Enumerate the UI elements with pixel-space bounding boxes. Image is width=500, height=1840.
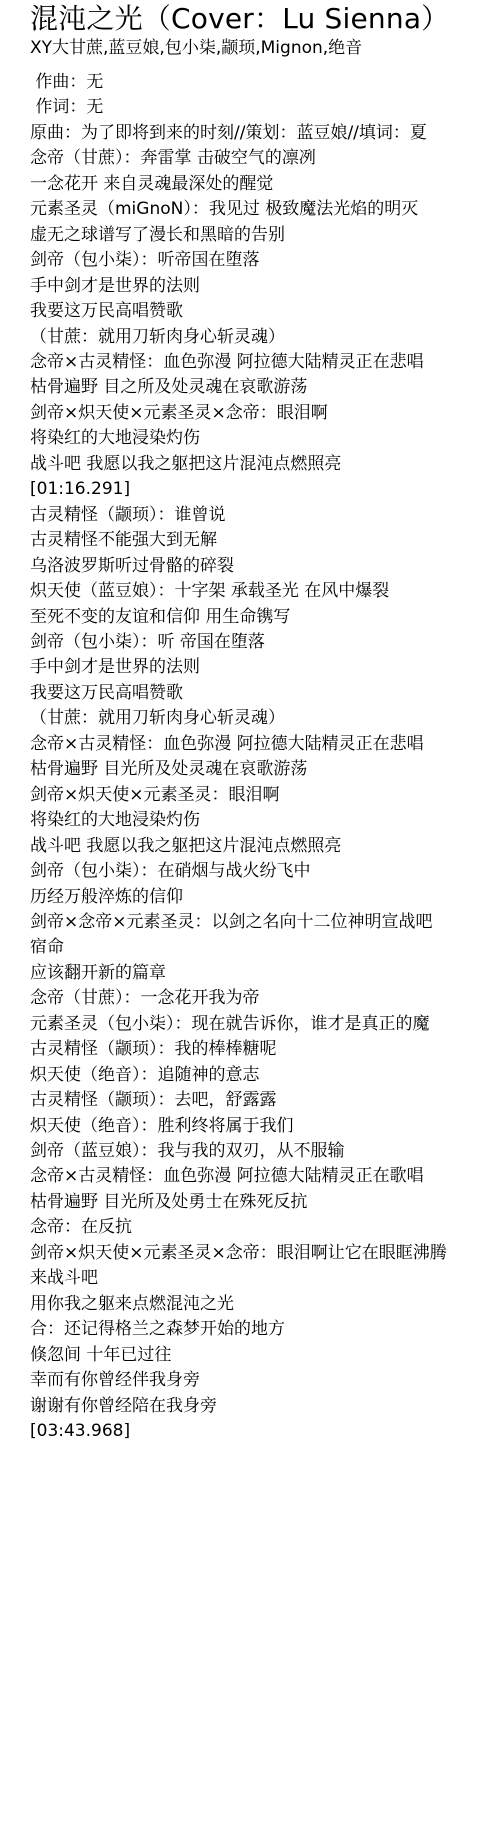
lyric-line: 幸而有你曾经伴我身旁 [30, 1368, 500, 1393]
lyric-line: 剑帝（包小柒）：听 帝国在堕落 [30, 630, 500, 655]
lyrics-page: 混沌之光（Cover：Lu Sienna） XY大甘蔗,蓝豆娘,包小柒,颛顼,M… [30, 0, 500, 1444]
lyric-line: 念帝（甘蔗）：一念花开我为帝 [30, 986, 500, 1011]
lyric-line: 虚无之球谱写了漫长和黑暗的告别 [30, 223, 500, 248]
lyric-line: 合：还记得格兰之森梦开始的地方 [30, 1317, 500, 1342]
lyric-line: 乌洛波罗斯听过骨骼的碎裂 [30, 554, 500, 579]
lyric-line: 炽天使（绝音）：胜利终将属于我们 [30, 1114, 500, 1139]
lyric-line: 剑帝×炽天使×元素圣灵×念帝：眼泪啊 [30, 401, 500, 426]
lyric-line: 元素圣灵（包小柒）：现在就告诉你，谁才是真正的魔 [30, 1012, 500, 1037]
lyric-line: 念帝×古灵精怪：血色弥漫 阿拉德大陆精灵正在悲唱 [30, 350, 500, 375]
lyric-timestamp: [01:16.291] [30, 477, 500, 502]
lyric-line: 战斗吧 我愿以我之躯把这片混沌点燃照亮 [30, 452, 500, 477]
lyric-line: 剑帝（蓝豆娘）：我与我的双刃，从不服输 [30, 1139, 500, 1164]
lyric-line: 战斗吧 我愿以我之躯把这片混沌点燃照亮 [30, 834, 500, 859]
lyric-line: 枯骨遍野 目光所及处勇士在殊死反抗 [30, 1190, 500, 1215]
lyric-line: 我要这万民高唱赞歌 [30, 299, 500, 324]
lyric-line: 剑帝（包小柒）：听帝国在堕落 [30, 248, 500, 273]
lyric-line: 剑帝×炽天使×元素圣灵×念帝：眼泪啊让它在眼眶沸腾 [30, 1241, 500, 1266]
lyric-line: 念帝×古灵精怪：血色弥漫 阿拉德大陆精灵正在悲唱 [30, 732, 500, 757]
lyric-line: 手中剑才是世界的法则 [30, 274, 500, 299]
lyric-line: 倏忽间 十年已过往 [30, 1343, 500, 1368]
lyric-line: 一念花开 来自灵魂最深处的醒觉 [30, 172, 500, 197]
lyrics-list: 作曲：无 作词：无原曲：为了即将到来的时刻//策划：蓝豆娘//填词：夏念帝（甘蔗… [30, 70, 500, 1444]
lyric-line: 将染红的大地浸染灼伤 [30, 808, 500, 833]
lyric-line: 用你我之躯来点燃混沌之光 [30, 1292, 500, 1317]
lyric-line: 古灵精怪（颛顼）：去吧，舒露露 [30, 1088, 500, 1113]
lyric-line: 作曲：无 [30, 70, 500, 95]
lyric-line: 手中剑才是世界的法则 [30, 655, 500, 680]
lyric-line: 来战斗吧 [30, 1266, 500, 1291]
lyric-line: 古灵精怪（颛顼）：我的棒棒糖呢 [30, 1037, 500, 1062]
lyric-line: 古灵精怪（颛顼）：谁曾说 [30, 503, 500, 528]
lyric-line: 剑帝×炽天使×元素圣灵：眼泪啊 [30, 783, 500, 808]
lyric-line: （甘蔗：就用刀斩肉身心斩灵魂） [30, 706, 500, 731]
lyric-line: 至死不变的友谊和信仰 用生命镌写 [30, 605, 500, 630]
lyric-line: 剑帝×念帝×元素圣灵：以剑之名向十二位神明宣战吧 [30, 910, 500, 935]
song-artists: XY大甘蔗,蓝豆娘,包小柒,颛顼,Mignon,绝音 [30, 37, 500, 59]
lyric-line: 谢谢有你曾经陪在我身旁 [30, 1394, 500, 1419]
lyric-line: 我要这万民高唱赞歌 [30, 681, 500, 706]
lyric-line: 将染红的大地浸染灼伤 [30, 426, 500, 451]
lyric-line: 剑帝（包小柒）：在硝烟与战火纷飞中 [30, 859, 500, 884]
lyric-line: 枯骨遍野 目之所及处灵魂在哀歌游荡 [30, 375, 500, 400]
lyric-line: 古灵精怪不能强大到无解 [30, 528, 500, 553]
lyric-line: 元素圣灵（miGnoN）：我见过 极致魔法光焰的明灭 [30, 197, 500, 222]
lyric-line: 原曲：为了即将到来的时刻//策划：蓝豆娘//填词：夏 [30, 121, 500, 146]
lyric-line: 炽天使（蓝豆娘）：十字架 承载圣光 在风中爆裂 [30, 579, 500, 604]
lyric-line: 历经万般淬炼的信仰 [30, 885, 500, 910]
lyric-line: 宿命 [30, 935, 500, 960]
lyric-line: 应该翻开新的篇章 [30, 961, 500, 986]
song-title: 混沌之光（Cover：Lu Sienna） [30, 1, 500, 37]
lyric-timestamp: [03:43.968] [30, 1419, 500, 1444]
lyric-line: 念帝×古灵精怪：血色弥漫 阿拉德大陆精灵正在歌唱 [30, 1164, 500, 1189]
lyric-line: 炽天使（绝音）：追随神的意志 [30, 1063, 500, 1088]
lyric-line: 念帝（甘蔗）：奔雷掌 击破空气的凛冽 [30, 146, 500, 171]
lyric-line: 作词：无 [30, 95, 500, 120]
lyric-line: 枯骨遍野 目光所及处灵魂在哀歌游荡 [30, 757, 500, 782]
lyric-line: 念帝：在反抗 [30, 1215, 500, 1240]
lyric-line: （甘蔗：就用刀斩肉身心斩灵魂） [30, 325, 500, 350]
